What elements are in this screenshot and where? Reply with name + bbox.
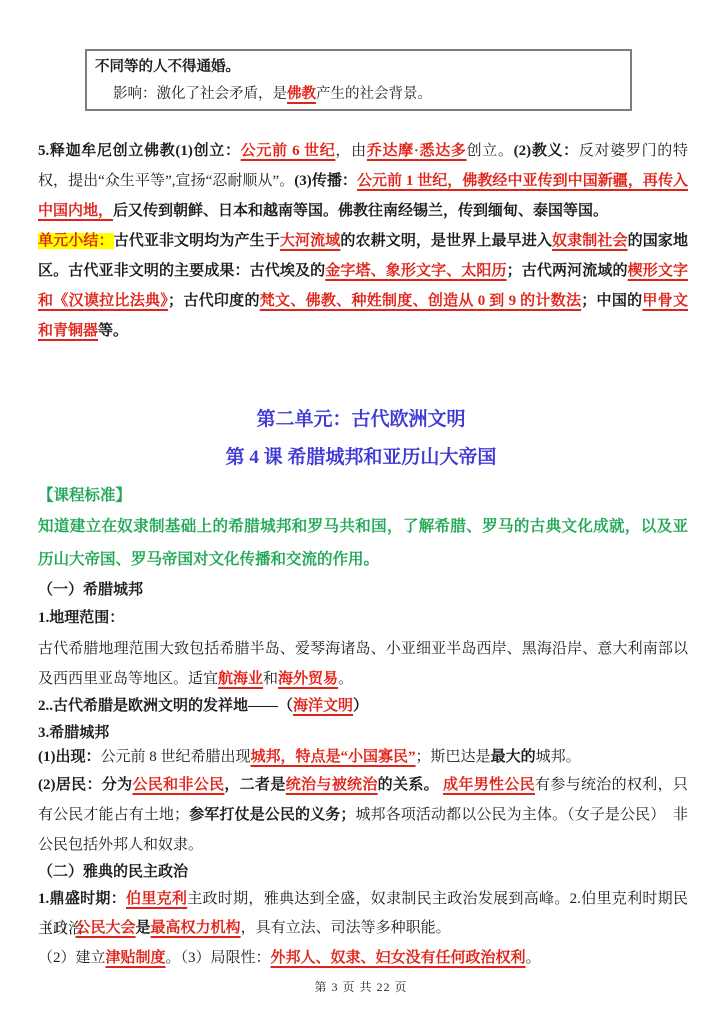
text-segment-b: 1.鼎盛时期： (38, 891, 126, 907)
para-residents: (2)居民：分为公民和非公民，二者是统治与被统治的关系。 成年男性公民有参与统治… (38, 770, 688, 860)
text-segment-b: ；中国的 (581, 293, 642, 309)
text-segment-b: 5.释迦牟尼创立佛教 (38, 143, 175, 159)
text-segment-b: 参军打仗是公民的义务； (189, 807, 355, 823)
text-segment-r: 外邦人、奴隶、妇女没有任何政治权利 (271, 950, 526, 966)
text-segment-r: 海外贸易 (278, 671, 338, 687)
text-segment-b: ；古代两河流域的 (507, 263, 628, 279)
text-segment-r: 奴隶制社会 (552, 233, 628, 249)
text-segment-r: 佛教 (287, 86, 316, 102)
text-segment-r: 海洋文明 (293, 698, 353, 714)
text-segment-r: 公民和非公民 (132, 777, 224, 793)
text-segment-r: 成年男性公民 (443, 777, 535, 793)
text-segment-n: ；斯巴达是 (416, 749, 491, 765)
text-segment-n: 公元前 8 世纪希腊出现 (101, 749, 251, 765)
text-segment-n: ，具有立法、司法等多种职能。 (241, 920, 451, 936)
text-segment-n: 。 (338, 671, 353, 687)
text-segment-b: (1)创立： (175, 143, 240, 159)
text-segment-n: 创立。 (467, 143, 514, 159)
text-segment-b: 2..古代希腊是欧洲文明的发祥地——（ (38, 698, 293, 714)
text-segment-b: 是 (136, 920, 151, 936)
text-segment-n: 产生的社会背景。 (316, 86, 432, 102)
text-segment-n: 。 (526, 950, 541, 966)
para-polis-appearance: (1)出现：公元前 8 世纪希腊出现城邦，特点是“小国寡民”；斯巴达是最大的城邦… (38, 742, 688, 772)
text-segment-b: 的农耕文明，是世界上最早进入 (340, 233, 552, 249)
text-segment-hl: 单元小结： (38, 233, 114, 249)
course-standard-label: 【课程标准】 (38, 484, 688, 508)
text-segment-n: 和 (263, 671, 278, 687)
text-segment-r: 特点是“小国寡民” (296, 749, 416, 765)
text-segment-r: 最高权力机构 (151, 920, 241, 936)
para-geo-scope: 古代希腊地理范围大致包括希腊半岛、爱琴海诸岛、小亚细亚半岛西岸、黑海沿岸、意大利… (38, 634, 688, 694)
text-segment-b: ，二者是 (224, 777, 285, 793)
unit2-heading: 第二单元：古代欧洲文明 (0, 406, 722, 434)
geo-scope-label: 1.地理范围： (38, 606, 688, 630)
para-greek-origin: 2..古代希腊是欧洲文明的发祥地——（海洋文明） (38, 691, 688, 721)
text-segment-r: 梵文、佛教、种姓制度、创造从 0 到 9 的计数法 (260, 293, 582, 309)
lesson4-heading: 第 4 课 希腊城邦和亚历山大帝国 (0, 444, 722, 472)
text-segment-n: 城邦。 (536, 749, 581, 765)
text-segment-r: 公民大会 (76, 920, 136, 936)
para-unit-summary: 单元小结：古代亚非文明均为产生于大河流域的农耕文明，是世界上最早进入奴隶制社会的… (38, 226, 688, 346)
para-subsidy-limits: （2）建立津贴制度。（3）局限性：外邦人、奴隶、妇女没有任何政治权利。 (38, 943, 688, 973)
text-segment-r: 乔达摩·悉达多 (367, 143, 467, 159)
text-segment-b: (3)传播： (294, 173, 357, 189)
text-segment-n: 。（3）局限性： (166, 950, 271, 966)
text-segment-n: ，由 (335, 143, 366, 159)
text-segment-r: 津贴制度 (106, 950, 166, 966)
text-segment-b: 等。 (98, 323, 128, 339)
text-segment-n: （2）建立 (38, 950, 106, 966)
text-segment-b: ；古代印度的 (168, 293, 260, 309)
text-segment-b: 分为 (102, 777, 133, 793)
para-buddhism-founding: 5.释迦牟尼创立佛教(1)创立：公元前 6 世纪，由乔达摩·悉达多创立。(2)教… (38, 136, 688, 226)
text-segment-r: 金字塔、象形文字、太阳历 (325, 263, 506, 279)
text-segment-r: 航海业 (218, 671, 263, 687)
quote-box: 不同等的人不得通婚。 影响：激化了社会矛盾，是佛教产生的社会背景。 (85, 49, 632, 111)
text-segment-b: (2)居民： (38, 777, 102, 793)
text-segment-r: 城邦， (251, 749, 296, 765)
quote-line-marriage: 不同等的人不得通婚。 (95, 57, 620, 77)
text-segment-n: 古代希腊地理范围大致包括希腊半岛、爱琴海诸岛、小亚细亚半岛西岸、黑海沿岸、意大利… (38, 641, 688, 687)
course-standard-text: 知道建立在奴隶制基础上的希腊城邦和罗马共和国，了解希腊、罗马的古典文化成就，以及… (38, 510, 688, 576)
text-segment-r: 统治与被统治 (286, 777, 378, 793)
text-segment-r: 伯里克利 (126, 891, 187, 907)
text-segment-b: 古代亚非文明均为产生于 (114, 233, 280, 249)
text-segment-n: （1） (38, 920, 76, 936)
text-segment-n: 影响：激化了社会矛盾，是 (113, 86, 287, 102)
text-segment-b: 的关系。 (378, 777, 443, 793)
page-number: 第 3 页 共 22 页 (0, 978, 722, 995)
text-segment-b: 后又传到朝鲜、日本和越南等国。佛教往南经锡兰，传到缅甸、泰国等国。 (113, 203, 608, 219)
para-citizens-assembly: （1）公民大会是最高权力机构，具有立法、司法等多种职能。 (38, 913, 688, 943)
quote-line-impact: 影响：激化了社会矛盾，是佛教产生的社会背景。 (113, 84, 620, 104)
text-segment-r: 大河流域 (280, 233, 340, 249)
text-segment-b: (1)出现： (38, 749, 101, 765)
text-segment-r: 公元前 6 世纪 (241, 143, 336, 159)
text-segment-b: 最大的 (491, 749, 536, 765)
text-segment-b: ） (353, 698, 368, 714)
text-segment-b: (2)教义： (514, 143, 579, 159)
section1-heading: （一）希腊城邦 (38, 578, 688, 602)
document-page: 不同等的人不得通婚。 影响：激化了社会矛盾，是佛教产生的社会背景。 5.释迦牟尼… (0, 0, 722, 1024)
section2-heading: （二）雅典的民主政治 (38, 860, 688, 884)
